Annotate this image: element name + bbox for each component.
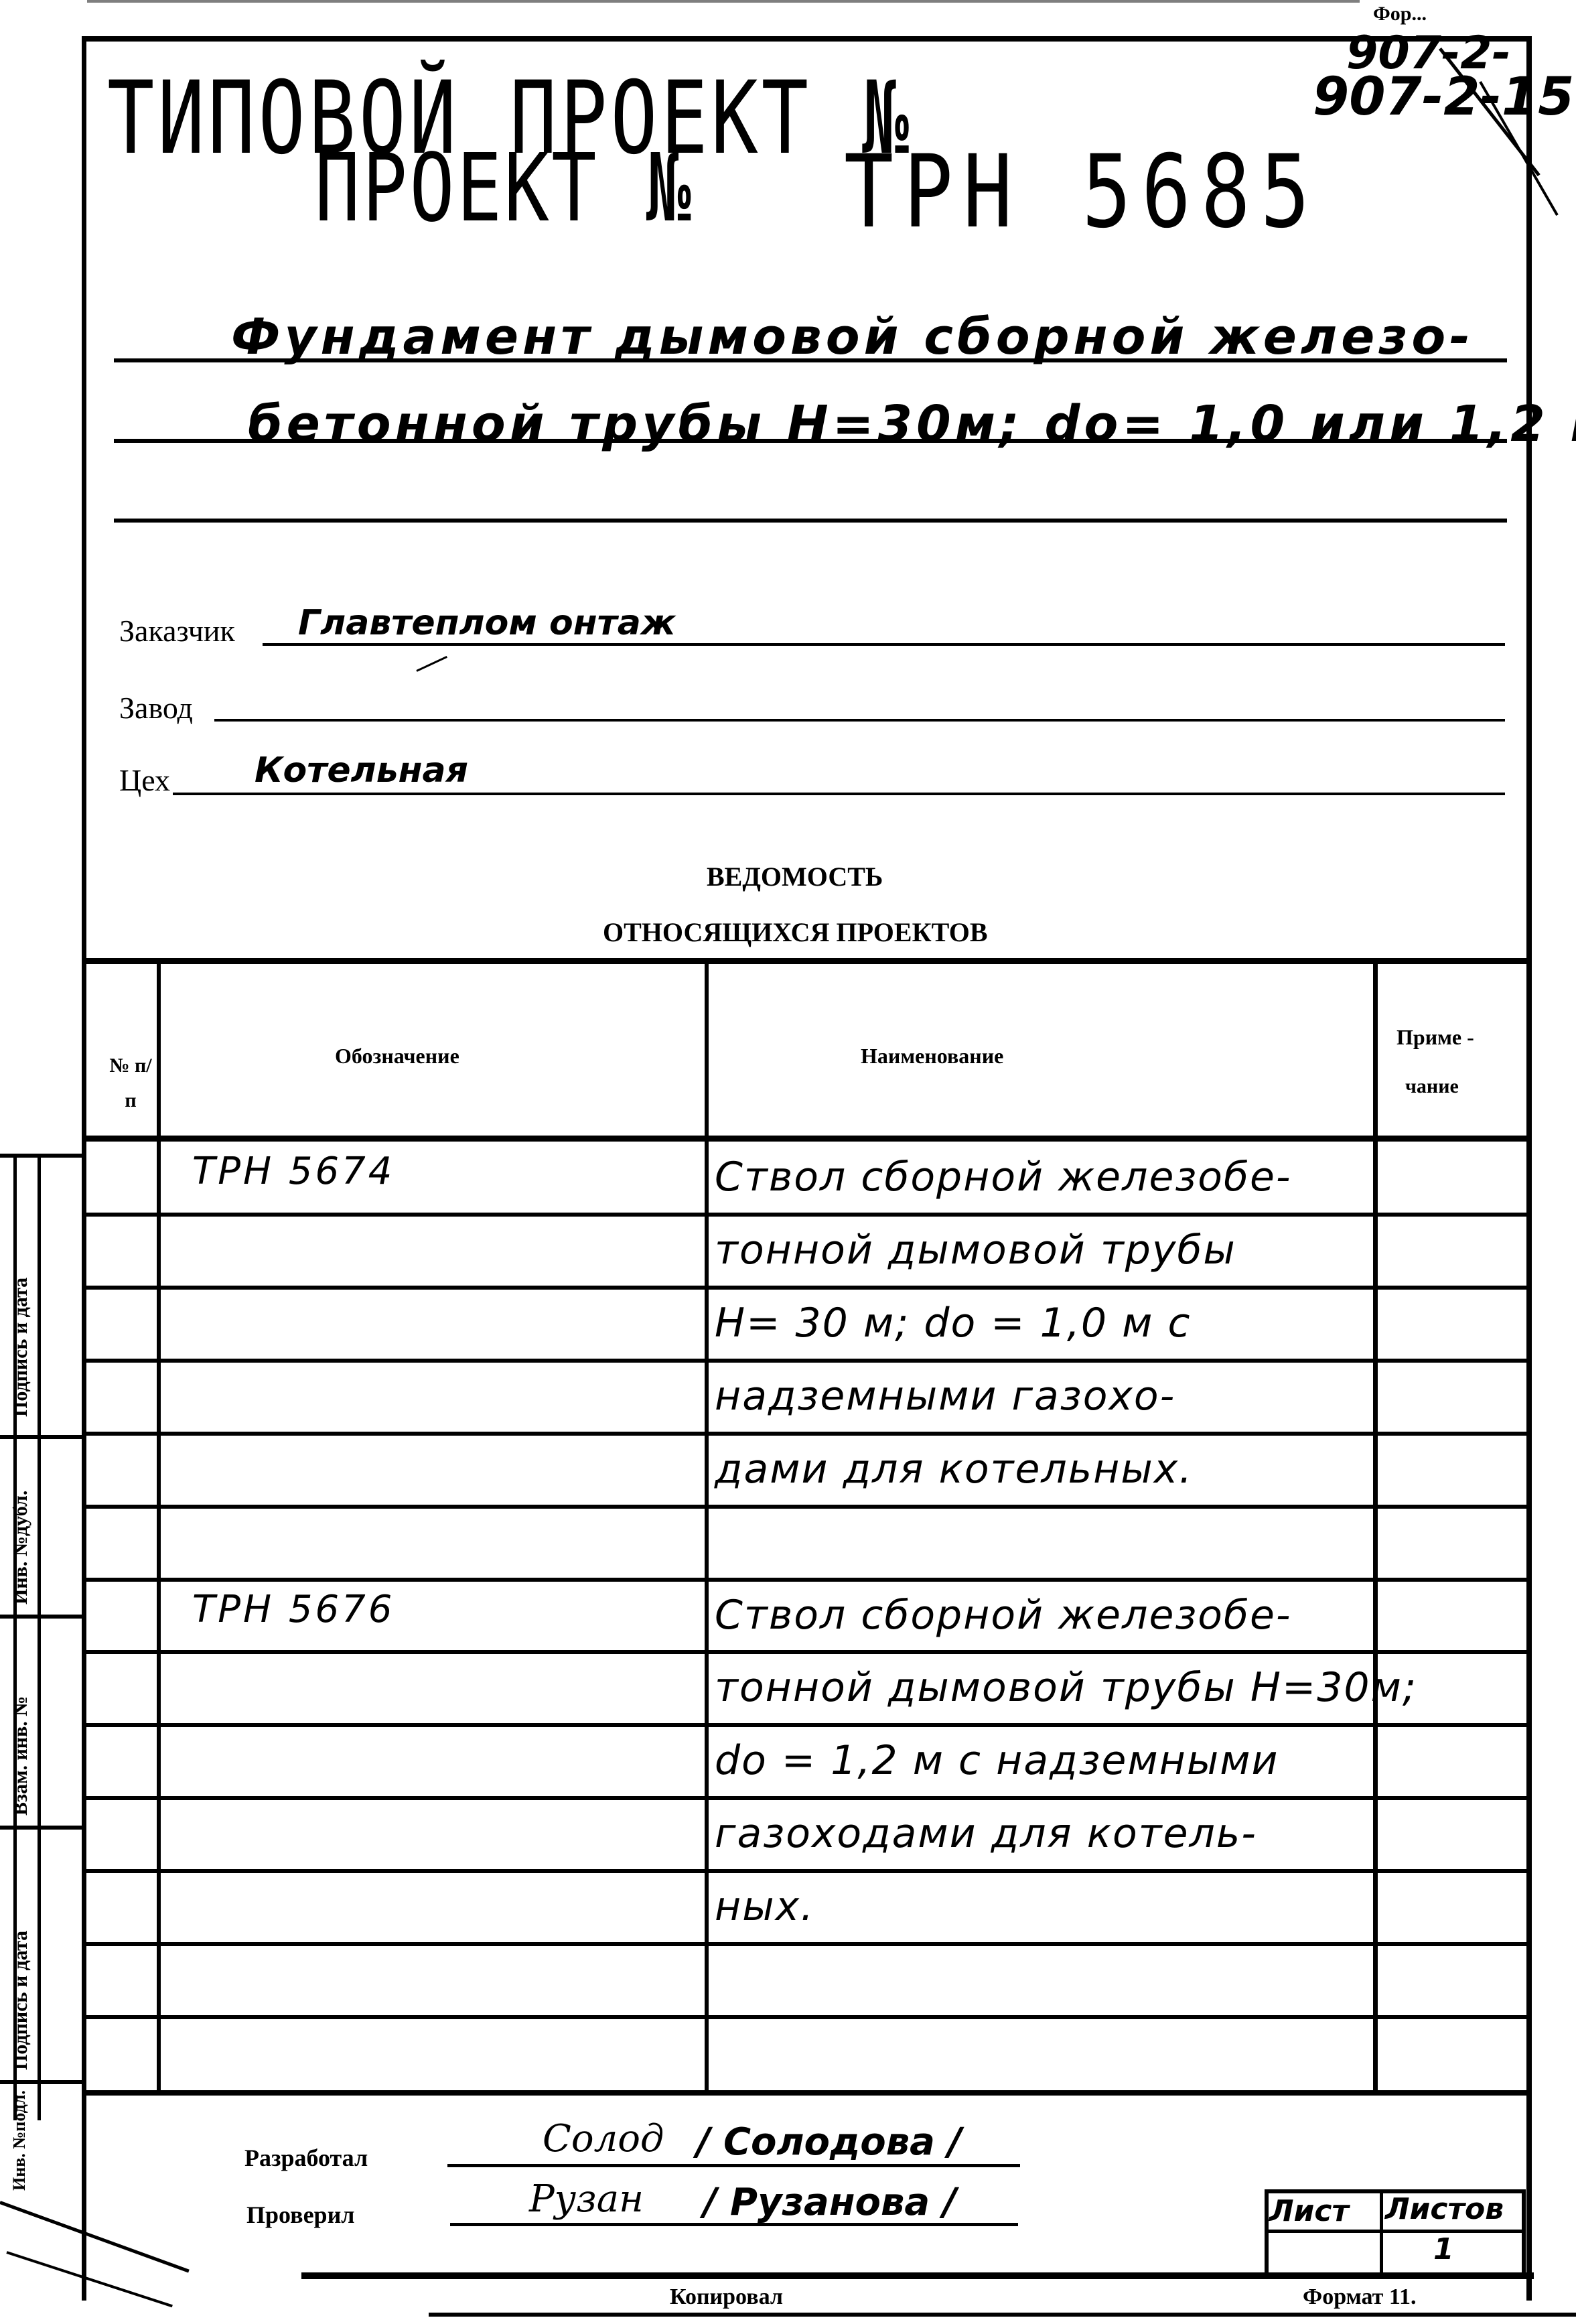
side-stamp-rule-3 [0,1826,86,1830]
table-row: тонной дымовой трубы [82,1215,1532,1288]
table-row: газоходами для котель- [82,1798,1532,1871]
sheet-box-divider [1380,2189,1383,2276]
row-name: тонной дымовой трубы Н=30м; [715,1664,1417,1711]
header-line2-number: ТРН 5685 [844,134,1320,251]
row-rule [82,1650,1532,1654]
table-row: Н= 30 м; dо = 1,0 м с [82,1288,1532,1361]
table-row [82,2017,1532,2090]
row-rule [82,1432,1532,1436]
row-designation: ТРН 5676 [192,1588,395,1631]
side-stamp-label-1: Инв. №дубл. [9,1491,32,1604]
col-header-designation: Обозначение [335,1044,459,1069]
field-customer-label: Заказчик [119,613,235,648]
col-header-name: Наименование [861,1044,1003,1069]
table-bottom-rule [82,2090,1532,2096]
row-rule [82,1505,1532,1509]
header-line1-number: 907-2-1562 [1313,67,1576,127]
row-designation: ТРН 5674 [192,1150,395,1193]
field-shop-label: Цех [119,762,170,798]
col-header-note-1: Приме - [1396,1025,1474,1050]
table-row: ТРН 5676Ствол сборной железобе- [82,1580,1532,1653]
side-stamp-label-2: Взам. инв. № [9,1696,32,1816]
table-row: надземными газохо- [82,1361,1532,1434]
row-name: dо = 1,2 м с надземными [715,1737,1279,1784]
field-customer-value: Главтеплом онтаж [298,603,676,643]
row-rule [82,1286,1532,1290]
table-row [82,1507,1532,1580]
col-header-num-text: № п/п [109,1054,151,1111]
table-top-rule [82,958,1532,964]
field-shop-value: Котельная [255,750,468,791]
field-plant-label: Завод [119,690,193,726]
side-stamp-inner [38,1156,41,2120]
header-line2: ПРОЕКТ № [315,134,788,243]
table-header-bottom-rule [82,1136,1532,1142]
table-row: ТРН 5674Ствол сборной железобе- [82,1142,1532,1215]
row-rule [82,2015,1532,2019]
row-name: газоходами для котель- [715,1810,1257,1857]
field-plant-underline [214,719,1505,722]
row-rule [82,1359,1532,1363]
side-stamp-rule-4 [0,2080,86,2084]
footer-bottom-rule [429,2313,1576,2317]
row-rule [82,1796,1532,1800]
row-name: ных. [715,1883,814,1930]
side-stamp-label-4: Инв. №подл. [9,2090,29,2191]
signature-checked-line [450,2223,1018,2226]
col-header-note-2: чание [1405,1075,1459,1098]
row-rule [82,1213,1532,1217]
subject-rule-1 [114,358,1507,362]
sheet-label: Лист [1269,2194,1349,2228]
subject-line2: бетонной трубы Н=30м; dо= 1,0 или 1,2 м. [248,395,1576,453]
side-stamp-label-3: Подпись и дата [9,1931,32,2070]
footer-format-label: Формат 11. [1303,2284,1416,2310]
header-line2-prefix: ПРОЕКТ № [315,134,693,243]
signature-checked-sign: Рузан [529,2177,644,2221]
sheet-box-rule [1265,2230,1526,2233]
row-rule [82,1942,1532,1946]
col-header-num: № п/п [107,1048,154,1118]
table-row: дами для котельных. [82,1434,1532,1507]
subject-rule-2 [114,439,1507,443]
sheets-label: Листов [1385,2192,1504,2226]
signature-developed-sign: Солод [543,2117,664,2161]
row-name: Н= 30 м; dо = 1,0 м с [715,1300,1191,1347]
row-name: дами для котельных. [715,1446,1193,1493]
signature-developed-name: / Солодова / [697,2120,962,2164]
signature-developed-line [447,2164,1020,2167]
row-rule [82,1723,1532,1727]
side-stamp-label-0: Подпись и дата [9,1278,32,1417]
footer-copied-label: Копировал [670,2284,783,2310]
field-customer-underline [263,643,1505,646]
table-row: тонной дымовой трубы Н=30м; [82,1652,1532,1725]
row-name: Ствол сборной железобе- [715,1592,1292,1639]
subject-rule-3 [114,519,1507,523]
side-stamp-rule-0 [0,1154,86,1158]
field-shop-underline [173,793,1505,795]
signature-role-developed: Разработал [244,2144,368,2172]
subject-line1: Фундамент дымовой сборной железо- [231,308,1474,366]
side-stamp-rule-1 [0,1435,86,1439]
footer-top-rule [301,2272,1534,2279]
table-row [82,1944,1532,2017]
row-rule [82,1578,1532,1582]
row-name: тонной дымовой трубы [715,1227,1236,1274]
register-title-line2: ОТНОСЯЩИХСЯ ПРОЕКТОВ [603,916,988,948]
table-row: dо = 1,2 м с надземными [82,1725,1532,1798]
table-row: ных. [82,1871,1532,1944]
signature-checked-name: / Рузанова / [703,2181,956,2224]
sheets-value: 1 [1433,2232,1454,2266]
side-stamp-rule-2 [0,1615,86,1619]
row-name: надземными газохо- [715,1373,1175,1420]
top-border-strip [87,0,1360,3]
row-name: Ствол сборной железобе- [715,1154,1292,1201]
register-title-line1: ВЕДОМОСТЬ [707,861,883,892]
row-rule [82,1869,1532,1873]
corner-format-mark: Фор... [1373,3,1427,25]
signature-role-checked: Проверил [246,2201,355,2229]
